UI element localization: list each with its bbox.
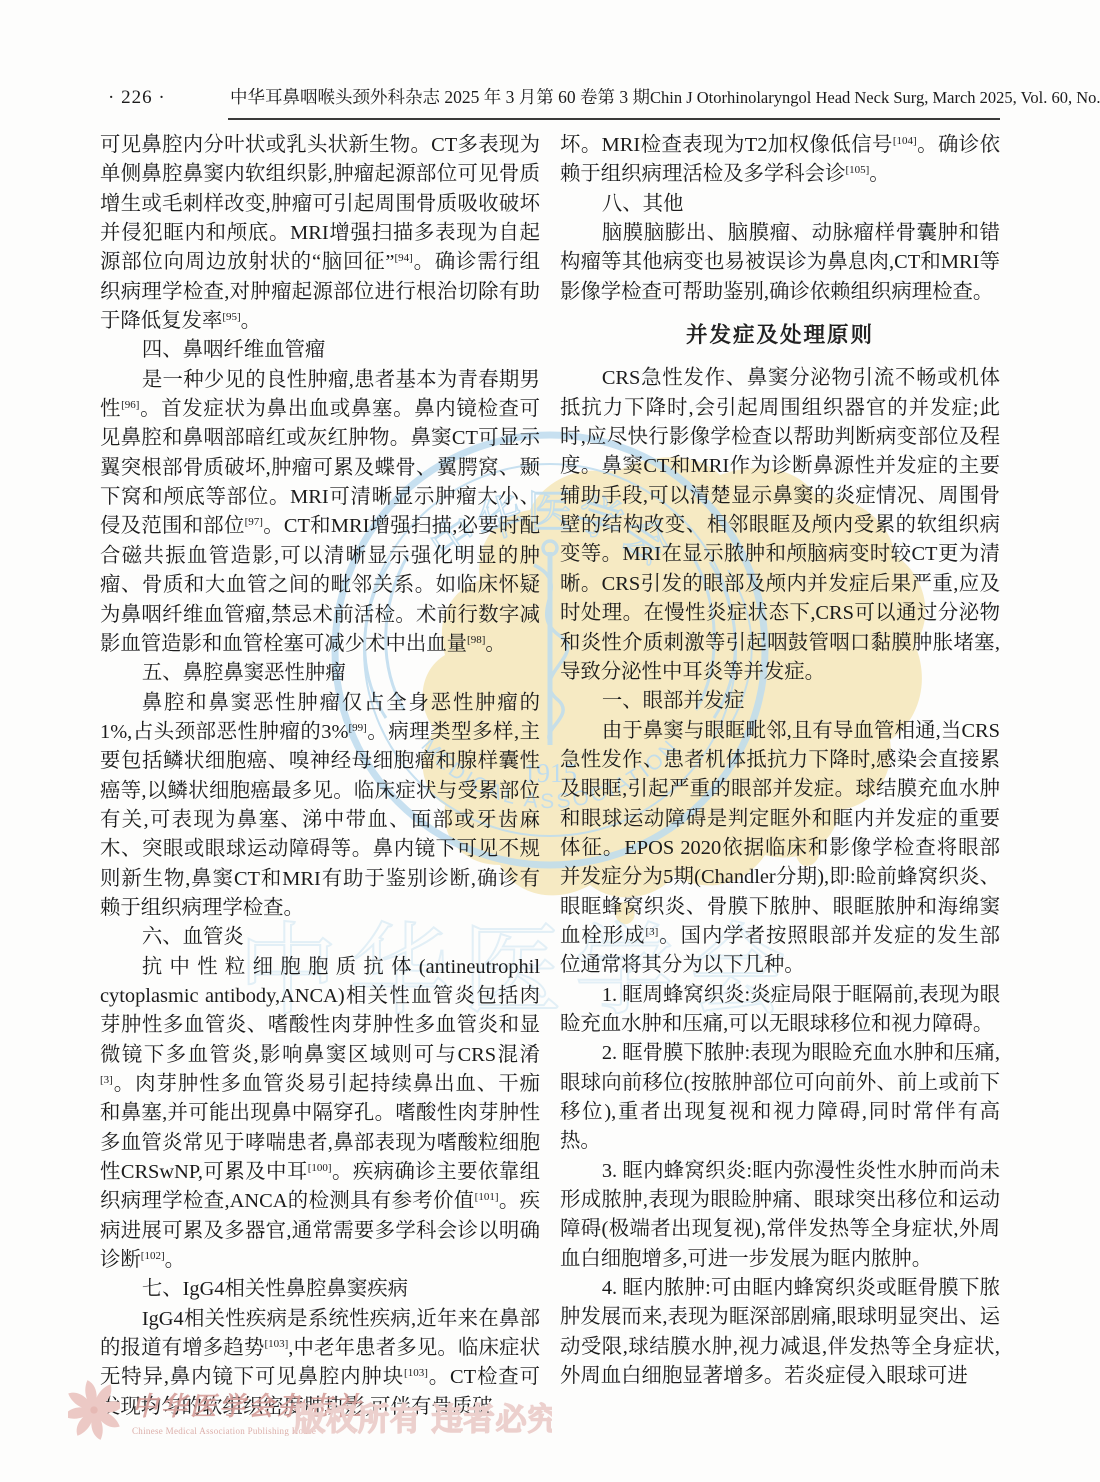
paragraph: 脑膜脑膨出、脑膜瘤、动脉瘤样骨囊肿和错构瘤等其他病变也易被误诊为鼻息肉,CT和M… [560,219,1000,307]
paragraph: 4. 眶内脓肿:可由眶内蜂窝织炎或眶骨膜下脓肿发展而来,表现为眶深部剧痛,眼球明… [560,1274,1000,1391]
subsection-heading: 五、鼻腔鼻窦恶性肿瘤 [100,659,540,688]
subsection-heading: 一、眼部并发症 [560,687,1000,716]
section-title: 并发症及处理原则 [560,321,1000,350]
page-number: · 226 · [108,87,166,109]
reference-marker: [96] [121,399,139,411]
subsection-heading: 七、IgG4相关性鼻腔鼻窦疾病 [100,1275,540,1304]
paragraph: 2. 眶骨膜下脓肿:表现为眼睑充血水肿和压痛,眼球向前移位(按脓肿部位可向前外、… [560,1039,1000,1156]
reference-marker: [97] [245,516,263,528]
journal-title-cn: 中华耳鼻咽喉头颈外科杂志 2025 年 3 月第 60 卷第 3 期 [230,84,650,109]
reference-marker: [105] [845,164,869,176]
paragraph: 1. 眶周蜂窝织炎:炎症局限于眶隔前,表现为眼睑充血水肿和压痛,可以无眼球移位和… [560,981,1000,1040]
paragraph: 可见鼻腔内分叶状或乳头状新生物。CT多表现为单侧鼻腔鼻窦内软组织影,肿瘤起源部位… [100,131,540,336]
subsection-heading: 四、鼻咽纤维血管瘤 [100,336,540,365]
reference-marker: [102] [141,1250,165,1262]
paragraph: 是一种少见的良性肿瘤,患者基本为青春期男性[96]。首发症状为鼻出血或鼻塞。鼻内… [100,366,540,659]
article-body: 可见鼻腔内分叶状或乳头状新生物。CT多表现为单侧鼻腔鼻窦内软组织影,肿瘤起源部位… [100,131,1000,1422]
paragraph: 坏。MRI检查表现为T2加权像低信号[104]。确诊依赖于组织病理活检及多学科会… [560,131,1000,190]
svg-text:版权所有 违者必究: 版权所有 违者必究 [294,1402,552,1437]
journal-titles: 中华耳鼻咽喉头颈外科杂志 2025 年 3 月第 60 卷第 3 期 Chin … [228,84,1000,120]
reference-marker: [95] [222,311,240,323]
reference-marker: [103] [264,1338,288,1350]
publisher-flower-icon [68,1378,120,1440]
subsection-heading: 六、血管炎 [100,923,540,952]
left-column: 可见鼻腔内分叶状或乳头状新生物。CT多表现为单侧鼻腔鼻窦内软组织影,肿瘤起源部位… [100,131,540,1422]
reference-marker: [98] [467,634,485,646]
reference-marker: [103] [404,1367,428,1379]
reference-marker: [3] [100,1074,113,1086]
reference-marker: [3] [645,926,658,938]
copyright-stamp: 版权所有 违者必究 [292,1392,552,1444]
right-column: 坏。MRI检查表现为T2加权像低信号[104]。确诊依赖于组织病理活检及多学科会… [560,131,1000,1422]
reference-marker: [94] [394,252,412,264]
page-header: · 226 · 中华耳鼻咽喉头颈外科杂志 2025 年 3 月第 60 卷第 3… [100,84,1000,120]
journal-page: 中华医学会 1915 MEDICAL ASSOCIATION 中华医学会 · 2… [0,0,1100,1482]
paragraph: 抗中性粒细胞胞质抗体(antineutrophil cytoplasmic an… [100,953,540,1276]
reference-marker: [100] [308,1162,332,1174]
reference-marker: [104] [893,135,917,147]
reference-marker: [99] [348,722,366,734]
paragraph: 鼻腔和鼻窦恶性肿瘤仅占全身恶性肿瘤的1%,占头颈部恶性肿瘤的3%[99]。病理类… [100,689,540,924]
journal-title-en: Chin J Otorhinolaryngol Head Neck Surg, … [650,88,1100,108]
paragraph: CRS急性发作、鼻窦分泌物引流不畅或机体抵抗力下降时,会引起周围组织器官的并发症… [560,364,1000,687]
reference-marker: [101] [475,1191,499,1203]
paragraph: 3. 眶内蜂窝织炎:眶内弥漫性炎性水肿而尚未形成脓肿,表现为眼睑肿痛、眼球突出移… [560,1157,1000,1274]
paragraph: 由于鼻窦与眼眶毗邻,且有导血管相通,当CRS急性发作、患者机体抵抗力下降时,感染… [560,717,1000,981]
subsection-heading: 八、其他 [560,190,1000,219]
